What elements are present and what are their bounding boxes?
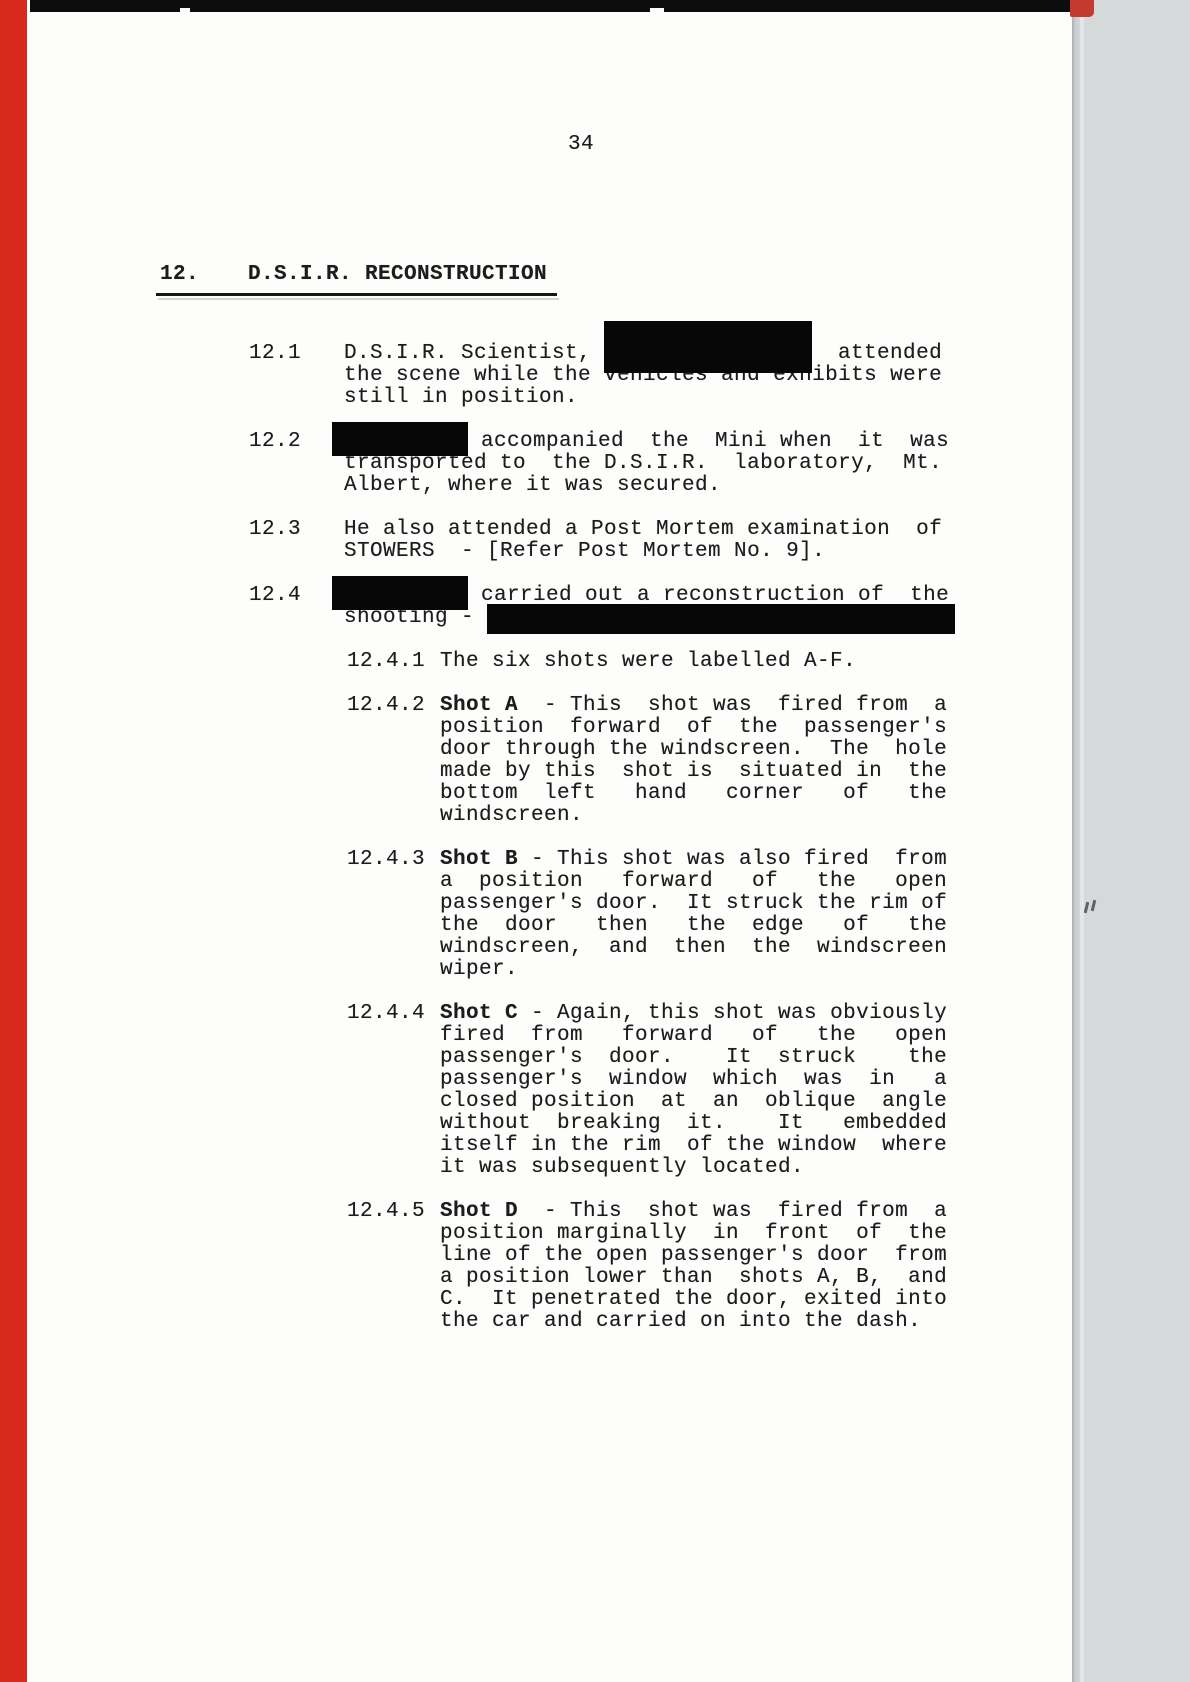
paragraph-number: 12.4 [249,585,301,607]
paragraph-number: 12.3 [249,519,301,541]
paragraph-number: 12.4.5 [347,1201,425,1223]
paragraph-line: without breaking it. It embedded [440,1113,1070,1135]
paragraph-line: still in position. [344,387,1070,409]
page-edge-gutter [1072,0,1190,1682]
text-segment: windscreen. [440,804,583,827]
paragraph-line: it was subsequently located. [440,1157,1070,1179]
text-segment: passenger's door. It struck the rim of [440,892,947,915]
paragraph-line: a position forward of the open [440,871,1070,893]
paragraph-line: He also attended a Post Mortem examinati… [344,519,1070,541]
text-segment: - This shot was fired from a [518,694,947,717]
text-segment: accompanied the Mini when it was [468,430,949,453]
paragraph-text: Shot C - Again, this shot was obviouslyf… [440,1003,1070,1179]
bold-label: Shot D [440,1200,518,1223]
paragraph-line: closed position at an oblique angle [440,1091,1070,1113]
red-corner-mark [1070,0,1094,17]
bold-label: Shot C [440,1002,518,1025]
text-segment: STOWERS - [Refer Post Mortem No. 9]. [344,540,825,563]
text-segment: fired from forward of the open [440,1024,947,1047]
paragraph-line: made by this shot is situated in the [440,761,1070,783]
text-segment: bottom left hand corner of the [440,782,947,805]
text-segment: position forward of the passenger's [440,716,947,739]
paragraph-number: 12.1 [249,343,301,365]
text-segment: - Again, this shot was obviously [518,1002,947,1025]
paragraph-line: Shot B - This shot was also fired from [440,849,1070,871]
paragraph-12.4.4: 12.4.4Shot C - Again, this shot was obvi… [0,1003,1070,1179]
redaction-bar [344,585,468,603]
paragraph-line: door through the windscreen. The hole [440,739,1070,761]
paragraph-line: The six shots were labelled A-F. [440,651,1070,673]
paragraph-text: Shot A - This shot was fired from aposit… [440,695,1070,827]
paragraph-line: passenger's door. It struck the [440,1047,1070,1069]
redaction-bar [487,607,955,625]
paragraph-line: windscreen, and then the windscreen [440,937,1070,959]
page-edge-highlight [1080,0,1084,1682]
paragraph-number: 12.4.1 [347,651,425,673]
paragraph-line: STOWERS - [Refer Post Mortem No. 9]. [344,541,1070,563]
paragraph-line: the car and carried on into the dash. [440,1311,1070,1333]
paragraph-text: D.S.I.R. Scientist, attendedthe scene wh… [344,343,1070,409]
text-segment: closed position at an oblique angle [440,1090,947,1113]
text-segment: attended [812,342,942,365]
text-segment: passenger's door. It struck the [440,1046,947,1069]
paragraph-line: transported to the D.S.I.R. laboratory, … [344,453,1070,475]
paragraph-line: wiper. [440,959,1070,981]
paragraph-number: 12.2 [249,431,301,453]
text-segment: He also attended a Post Mortem examinati… [344,518,942,541]
paragraph-text: The six shots were labelled A-F. [440,651,1070,673]
text-segment: windscreen, and then the windscreen [440,936,947,959]
paragraph-line: passenger's window which was in a [440,1069,1070,1091]
text-segment: a position forward of the open [440,870,947,893]
paragraph-line: itself in the rim of the window where [440,1135,1070,1157]
paragraph-number: 12.4.4 [347,1003,425,1025]
paragraph-12.4.1: 12.4.1The six shots were labelled A-F. [0,651,1070,673]
paragraph-number: 12.4.2 [347,695,425,717]
bold-label: Shot B [440,848,518,871]
paragraph-text: Shot B - This shot was also fired froma … [440,849,1070,981]
paragraph-line: position marginally in front of the [440,1223,1070,1245]
paragraph-text: He also attended a Post Mortem examinati… [344,519,1070,563]
paragraph-12.3: 12.3He also attended a Post Mortem exami… [0,519,1070,563]
section-title: D.S.I.R. RECONSTRUCTION [248,264,547,286]
paragraph-line: Shot D - This shot was fired from a [440,1201,1070,1223]
text-segment: passenger's window which was in a [440,1068,947,1091]
paragraph-text: accompanied the Mini when it wastranspor… [344,431,1070,497]
text-segment: - This shot was also fired from [518,848,947,871]
paragraph-line: accompanied the Mini when it was [344,431,1070,453]
paragraph-line: position forward of the passenger's [440,717,1070,739]
redaction-bar [344,431,468,449]
text-segment: The six shots were labelled A-F. [440,650,856,673]
paragraph-line: fired from forward of the open [440,1025,1070,1047]
paragraph-12.4.3: 12.4.3Shot B - This shot was also fired … [0,849,1070,981]
bold-label: Shot A [440,694,518,717]
paragraph-text: carried out a reconstruction of theshoot… [344,585,1070,629]
paragraph-line: C. It penetrated the door, exited into [440,1289,1070,1311]
paragraph-line: the door then the edge of the [440,915,1070,937]
paragraph-12.4: 12.4 carried out a reconstruction of the… [0,585,1070,629]
text-segment: C. It penetrated the door, exited into [440,1288,947,1311]
paragraph-line: line of the open passenger's door from [440,1245,1070,1267]
text-segment: position marginally in front of the [440,1222,947,1245]
text-segment: D.S.I.R. Scientist, [344,342,604,365]
scan-edge-notch [180,8,190,12]
text-segment: the door then the edge of the [440,914,947,937]
paragraph-12.4.5: 12.4.5Shot D - This shot was fired from … [0,1201,1070,1333]
document-body: 12.1D.S.I.R. Scientist, attendedthe scen… [0,343,1070,1355]
text-segment: - This shot was fired from a [518,1200,947,1223]
text-segment: a position lower than shots A, B, and [440,1266,947,1289]
text-segment: the car and carried on into the dash. [440,1310,921,1333]
scanned-document-page: 34 12. D.S.I.R. RECONSTRUCTION 12.1D.S.I… [0,0,1190,1682]
paragraph-12.2: 12.2 accompanied the Mini when it wastra… [0,431,1070,497]
paragraph-12.4.2: 12.4.2Shot A - This shot was fired from … [0,695,1070,827]
scan-edge-notch [650,8,664,12]
paragraph-number: 12.4.3 [347,849,425,871]
paragraph-line: passenger's door. It struck the rim of [440,893,1070,915]
redaction-bar [604,343,812,361]
paragraph-line: a position lower than shots A, B, and [440,1267,1070,1289]
paragraph-12.1: 12.1D.S.I.R. Scientist, attendedthe scen… [0,343,1070,409]
text-segment: door through the windscreen. The hole [440,738,947,761]
paragraph-line: shooting - [344,607,1070,629]
scan-top-edge [30,0,1070,12]
text-segment: wiper. [440,958,518,981]
text-segment: without breaking it. It embedded [440,1112,947,1135]
text-segment: it was subsequently located. [440,1156,804,1179]
paragraph-line: Albert, where it was secured. [344,475,1070,497]
text-segment: made by this shot is situated in the [440,760,947,783]
page-number: 34 [568,134,594,156]
paragraph-text: Shot D - This shot was fired from aposit… [440,1201,1070,1333]
section-heading: 12. D.S.I.R. RECONSTRUCTION [156,264,557,296]
text-segment: line of the open passenger's door from [440,1244,947,1267]
paragraph-line: Shot A - This shot was fired from a [440,695,1070,717]
paragraph-line: Shot C - Again, this shot was obviously [440,1003,1070,1025]
paragraph-line: windscreen. [440,805,1070,827]
text-segment: itself in the rim of the window where [440,1134,947,1157]
paragraph-line: bottom left hand corner of the [440,783,1070,805]
text-segment: Albert, where it was secured. [344,474,721,497]
section-number: 12. [160,264,199,286]
paragraph-line: D.S.I.R. Scientist, attended [344,343,1070,365]
text-segment: still in position. [344,386,578,409]
